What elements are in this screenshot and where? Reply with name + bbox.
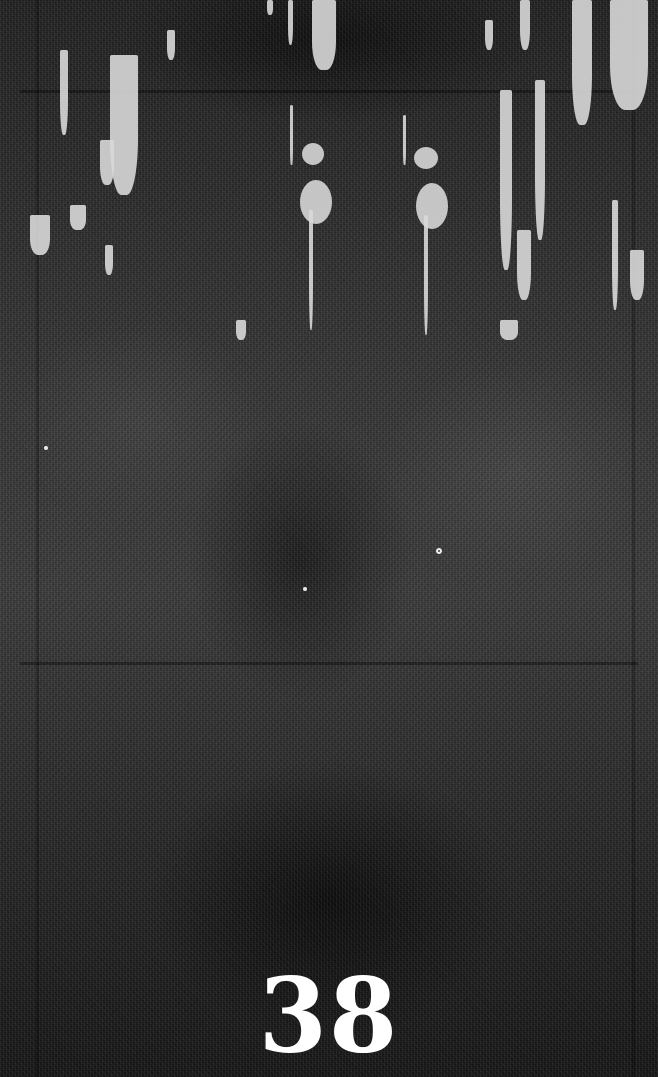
paint-splash [414,147,438,169]
paint-splash [416,183,448,229]
paint-drip [500,90,512,270]
paint-drip [610,0,648,110]
paint-drip [520,0,530,50]
paint-drip [30,215,50,255]
paint-drip [288,0,293,45]
paint-drip [110,55,138,195]
paint-drip [105,245,113,275]
paint-drip [500,320,518,340]
paint-drip [290,105,293,165]
page-number: 38 [0,966,658,1069]
vertical-crease [632,0,635,1077]
film-grain-texture [0,0,658,1077]
paint-splash [302,143,324,165]
dust-speck [436,548,442,554]
paint-drip [236,320,246,340]
dust-speck [44,446,48,450]
paint-drip [100,140,114,185]
paint-drip [60,50,68,135]
vertical-crease [36,0,39,1077]
paint-drip [485,20,493,50]
horizontal-crease [20,662,638,665]
paint-drip [612,200,618,310]
dust-speck [303,587,307,591]
paint-drip [267,0,273,15]
paint-drip [167,30,175,60]
paint-drip [312,0,336,70]
paint-drip [309,210,313,330]
paint-drip [572,0,592,125]
paint-drip [403,115,406,165]
paint-drip [517,230,531,300]
paint-drip [535,80,545,240]
paint-drip [70,205,86,230]
paint-splash [300,180,332,224]
paint-drip [424,215,428,335]
paint-drip [630,250,644,300]
textured-page: 38 [0,0,658,1077]
